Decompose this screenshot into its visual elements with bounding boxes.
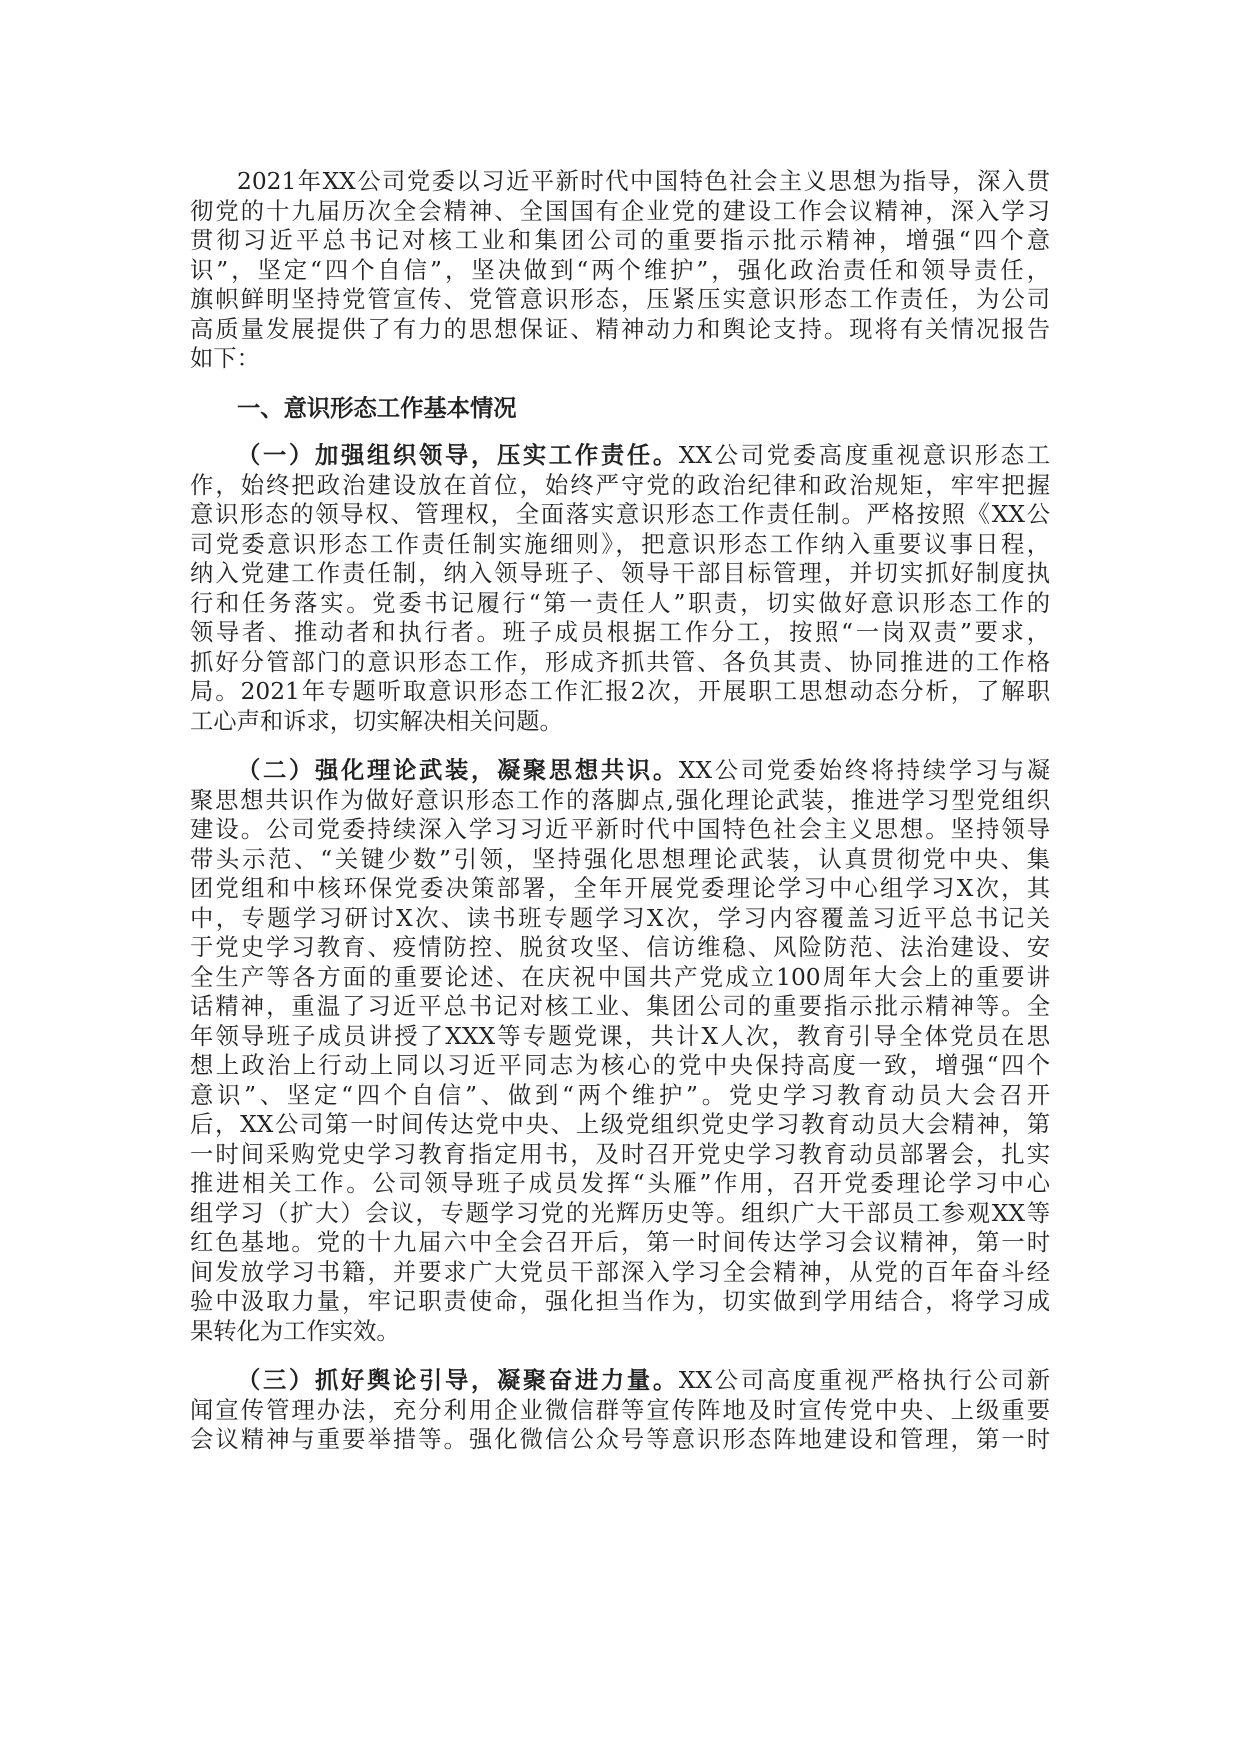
paragraph-line: 推进相关工作。公司领导班子成员发挥“头雁”作用，召开党委理论学习中心 bbox=[190, 1169, 1050, 1199]
paragraph-line: 想上政治上行动上同以习近平同志为核心的党中央保持高度一致，增强“四个 bbox=[190, 1051, 1050, 1081]
paragraph-line: 彻党的十九届历次全会精神、全国国有企业党的建设工作会议精神，深入学习 bbox=[190, 197, 1050, 227]
paragraph-line: 果转化为工作实效。 bbox=[190, 1317, 1050, 1347]
paragraph-line: 于党史学习教育、疫情防控、脱贫攻坚、信访维稳、风险防范、法治建设、安 bbox=[190, 933, 1050, 963]
subsection-1-paragraph: （一）加强组织领导，压实工作责任。XX公司党委高度重视意识形态工作，始终把政治建… bbox=[190, 441, 1050, 736]
paragraph-line: 年领导班子成员讲授了XXX等专题党课，共计X人次，教育引导全体党员在思 bbox=[190, 1022, 1050, 1052]
paragraph-text: XX公司高度重视严格执行公司新 bbox=[679, 1367, 1050, 1394]
paragraph-line: 建设。公司党委持续深入学习习近平新时代中国特色社会主义思想。坚持领导 bbox=[190, 815, 1050, 845]
paragraph-line: 红色基地。党的十九届六中全会召开后，第一时间传达学习会议精神，第一时 bbox=[190, 1228, 1050, 1258]
paragraph-line: （三）抓好舆论引导，凝聚奋进力量。XX公司高度重视严格执行公司新 bbox=[190, 1366, 1050, 1396]
paragraph-line: 带头示范、“关键少数”引领，坚持强化思想理论武装，认真贯彻党中央、集 bbox=[190, 845, 1050, 875]
paragraph-line: 聚思想共识作为做好意识形态工作的落脚点,强化理论武装，推进学习型党组织 bbox=[190, 786, 1050, 816]
paragraph-line: 司党委意识形态工作责任制实施细则》，把意识形态工作纳入重要议事日程， bbox=[190, 530, 1050, 560]
paragraph-line: 识”，坚定“四个自信”，坚决做到“两个维护”，强化政治责任和领导责任， bbox=[190, 256, 1050, 286]
paragraph-line: 中，专题学习研讨X次、读书班专题学习X次，学习内容覆盖习近平总书记关 bbox=[190, 904, 1050, 934]
subsection-lead-heading: （三）抓好舆论引导，凝聚奋进力量。 bbox=[237, 1367, 679, 1394]
paragraph-line: 2021年XX公司党委以习近平新时代中国特色社会主义思想为指导，深入贯 bbox=[190, 167, 1050, 197]
paragraph-line: 间发放学习书籍，并要求广大党员干部深入学习全会精神，从党的百年奋斗经 bbox=[190, 1258, 1050, 1288]
paragraph-line: 组学习（扩大）会议，专题学习党的光辉历史等。组织广大干部员工参观XX等 bbox=[190, 1199, 1050, 1229]
paragraph-line: 后，XX公司第一时间传达党中央、上级党组织党史学习教育动员大会精神，第 bbox=[190, 1110, 1050, 1140]
paragraph-line: 团党组和中核环保党委决策部署，全年开展党委理论学习中心组学习X次，其 bbox=[190, 874, 1050, 904]
paragraph-line: 旗帜鲜明坚持党管宣传、党管意识形态，压紧压实意识形态工作责任，为公司 bbox=[190, 285, 1050, 315]
paragraph-line: 全生产等各方面的重要论述、在庆祝中国共产党成立100周年大会上的重要讲 bbox=[190, 963, 1050, 993]
section-heading: 一、意识形态工作基本情况 bbox=[190, 394, 1050, 424]
paragraph-line: 意识形态的领导权、管理权，全面落实意识形态工作责任制。严格按照《XX公 bbox=[190, 500, 1050, 530]
paragraph-line: 工心声和诉求，切实解决相关问题。 bbox=[190, 707, 1050, 737]
paragraph-line: 领导者、推动者和执行者。班子成员根据工作分工，按照“一岗双责”要求， bbox=[190, 618, 1050, 648]
paragraph-line: 纳入党建工作责任制，纳入领导班子、领导干部目标管理，并切实抓好制度执 bbox=[190, 559, 1050, 589]
section-heading-text: 一、意识形态工作基本情况 bbox=[190, 394, 1050, 424]
paragraph-line: （一）加强组织领导，压实工作责任。XX公司党委高度重视意识形态工 bbox=[190, 441, 1050, 471]
intro-paragraph: 2021年XX公司党委以习近平新时代中国特色社会主义思想为指导，深入贯彻党的十九… bbox=[190, 167, 1050, 374]
subsection-3-paragraph: （三）抓好舆论引导，凝聚奋进力量。XX公司高度重视严格执行公司新闻宣传管理办法，… bbox=[190, 1366, 1050, 1455]
paragraph-text: XX公司党委高度重视意识形态工 bbox=[679, 442, 1050, 469]
document-page: 2021年XX公司党委以习近平新时代中国特色社会主义思想为指导，深入贯彻党的十九… bbox=[190, 167, 1050, 1475]
paragraph-line: 会议精神与重要举措等。强化微信公众号等意识形态阵地建设和管理，第一时 bbox=[190, 1425, 1050, 1455]
paragraph-line: 一时间采购党史学习教育指定用书，及时召开党史学习教育动员部署会，扎实 bbox=[190, 1140, 1050, 1170]
paragraph-line: 作，始终把政治建设放在首位，始终严守党的政治纪律和政治规矩，牢牢把握 bbox=[190, 471, 1050, 501]
subsection-lead-heading: （二）强化理论武装，凝聚思想共识。 bbox=[237, 757, 679, 784]
paragraph-line: 意识”、坚定“四个自信”、做到“两个维护”。党史学习教育动员大会召开 bbox=[190, 1081, 1050, 1111]
paragraph-line: 行和任务落实。党委书记履行“第一责任人”职责，切实做好意识形态工作的 bbox=[190, 589, 1050, 619]
paragraph-line: 贯彻习近平总书记对核工业和集团公司的重要指示批示精神，增强“四个意 bbox=[190, 226, 1050, 256]
subsection-2-paragraph: （二）强化理论武装，凝聚思想共识。XX公司党委始终将持续学习与凝聚思想共识作为做… bbox=[190, 756, 1050, 1346]
subsection-lead-heading: （一）加强组织领导，压实工作责任。 bbox=[237, 442, 679, 469]
paragraph-line: （二）强化理论武装，凝聚思想共识。XX公司党委始终将持续学习与凝 bbox=[190, 756, 1050, 786]
paragraph-line: 高质量发展提供了有力的思想保证、精神动力和舆论支持。现将有关情况报告 bbox=[190, 315, 1050, 345]
paragraph-text: XX公司党委始终将持续学习与凝 bbox=[679, 757, 1050, 784]
paragraph-line: 话精神，重温了习近平总书记对核工业、集团公司的重要指示批示精神等。全 bbox=[190, 992, 1050, 1022]
paragraph-line: 验中汲取力量，牢记职责使命，强化担当作为，切实做到学用结合，将学习成 bbox=[190, 1287, 1050, 1317]
paragraph-line: 抓好分管部门的意识形态工作，形成齐抓共管、各负其责、协同推进的工作格 bbox=[190, 648, 1050, 678]
paragraph-line: 如下： bbox=[190, 344, 1050, 374]
paragraph-line: 闻宣传管理办法，充分利用企业微信群等宣传阵地及时宣传党中央、上级重要 bbox=[190, 1396, 1050, 1426]
paragraph-line: 局。2021年专题听取意识形态工作汇报2次，开展职工思想动态分析，了解职 bbox=[190, 677, 1050, 707]
